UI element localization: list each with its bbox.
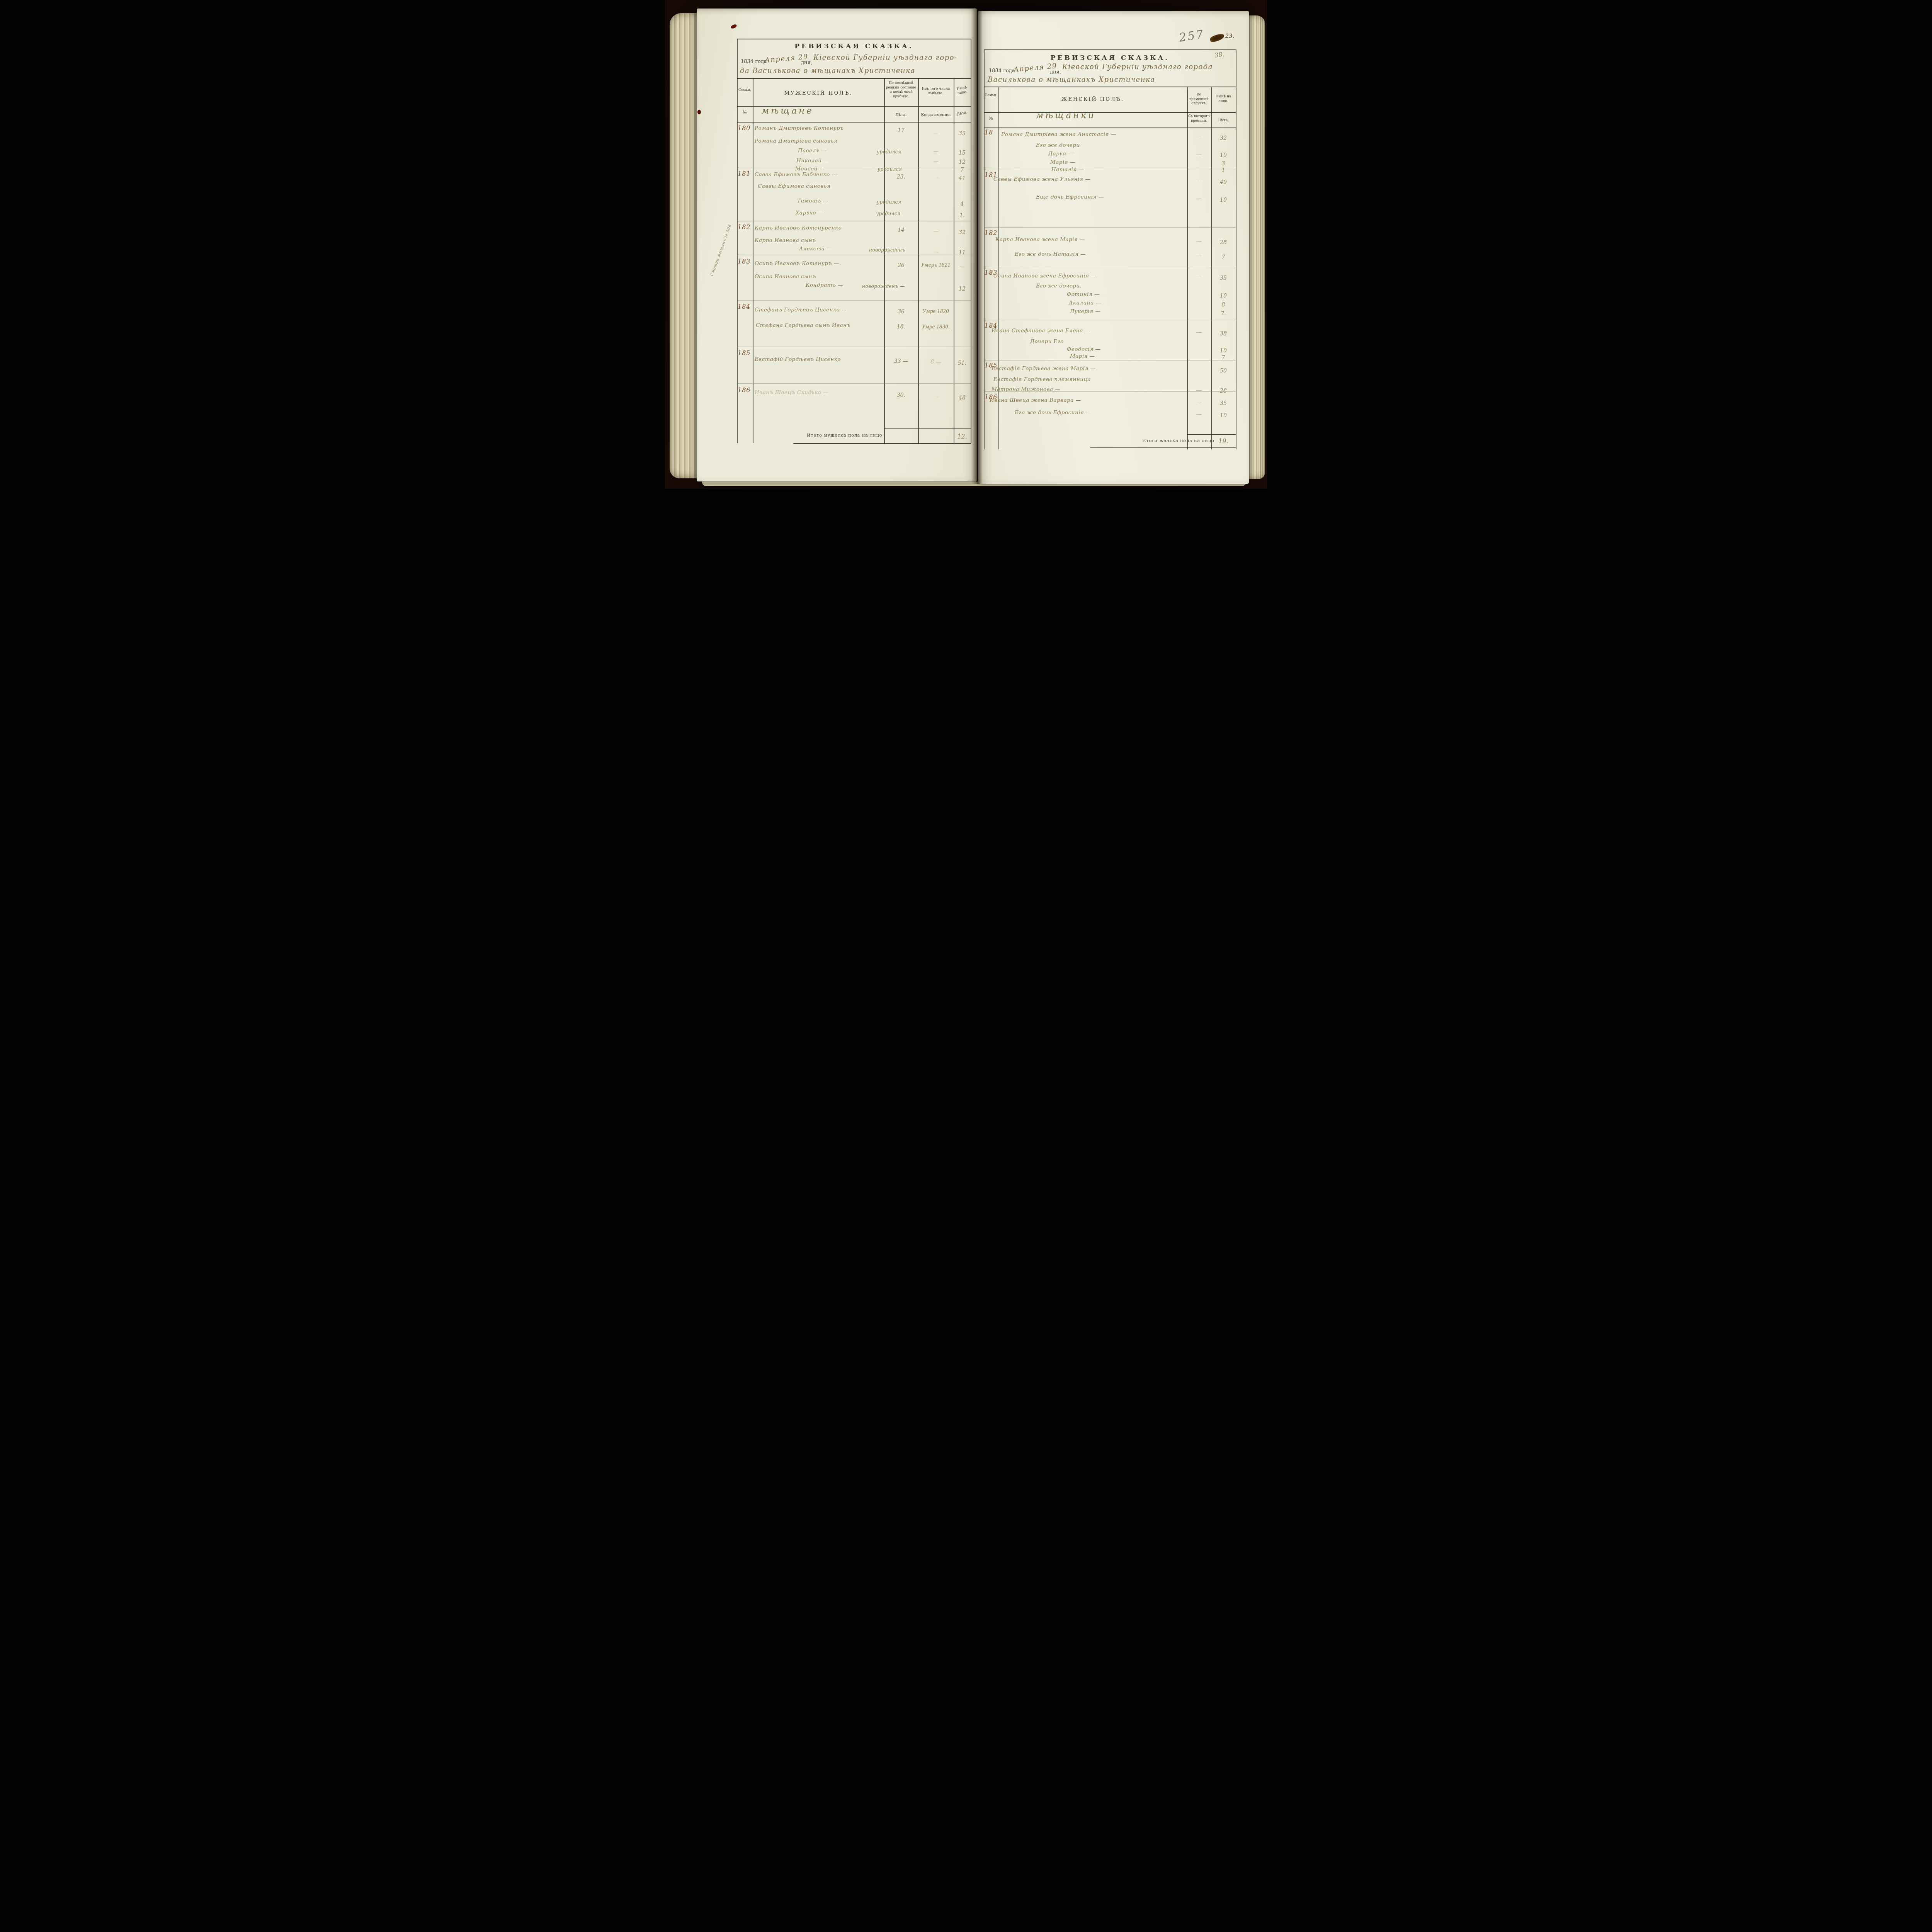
entry-age-now: 51. [954,360,971,366]
entry-child-name: Харько — [796,210,823,216]
entry-child-note: новорожденъ — [862,284,905,289]
entry-name: Стефанъ Гордѣевъ Цисенко — [755,307,847,313]
footer-total-label: Итого женска пола на лицо [1142,438,1214,443]
row-separator [737,300,971,301]
footer-total-value: 12. [954,433,971,440]
date-place-handwritten: Кіевской Губерніи уѣзднаго горо- [813,54,957,62]
entry-child-name: Его же дочь Ефросинія — [1015,410,1091,416]
date-place-handwritten-2: да Василькова о мѣщанахъ Христиченка [740,67,915,75]
table-line [984,87,1236,87]
footer-line [1090,447,1236,448]
entry-age-now: 15 [954,150,971,156]
entry-age-revision: 23. [884,174,918,180]
entry-child-name: Николай — [796,158,829,164]
entry-departed: Умре 1820 [918,309,954,314]
row-separator [984,268,1236,268]
col-header-now-present: Нынѣ лицо. [953,85,971,96]
entry-departed: Умеръ 1821 [918,262,954,268]
date-place-handwritten-2: Василькова о мѣщанкахъ Христиченка [988,76,1155,84]
entry-age-now: 7 [1211,254,1236,260]
entry-name: Карпъ Ивановъ Котенуренко [755,225,842,231]
entry-age-now: 28 [1211,388,1236,394]
entry-age-now: 35 [1211,400,1236,406]
entry-subline: Осипа Иванова сынъ [755,274,816,280]
entry-child-name: Тимошъ — [797,198,828,204]
col-dash: — [918,249,954,255]
entry-age-revision: 14 [884,227,918,233]
entry-child-name: Акилина — [1069,300,1101,306]
footer-total-label: Итого мужеска пола на лицо [807,433,882,438]
row-separator [737,383,971,384]
entry-age-now: 28 [1211,240,1236,246]
footer-line [793,443,971,444]
entry-child-name: Алексѣй — [799,246,832,252]
row-number: 180 [738,124,751,132]
row-number: 182 [738,223,751,231]
row-number: 181 [738,170,751,177]
entry-subline: Романа Дмитріева сыновья [755,138,837,144]
entry-name: Иванъ Швецъ Скидько — [755,389,828,396]
row-number: 18 [985,129,993,136]
entry-child-name: Кондратъ — [806,282,843,288]
entry-child-note: уродился [877,149,901,155]
entry-child-note: уродился [878,167,902,172]
col-dash: — [918,130,954,136]
table-line [737,78,971,79]
table-line [737,122,971,123]
entry-child-name: Еще дочь Ефросинія — [1036,194,1104,200]
entry-age-revision: 36 [884,309,918,315]
subheader-since-when: Съ котораго времени. [1187,114,1211,123]
date-day: дня, [1050,69,1061,75]
entry-name: Осипъ Ивановъ Котенуръ — [755,260,839,267]
entry-age-now: 11 [954,250,971,256]
col-header-family: Семьи. [984,94,998,97]
page-title: РЕВИЗСКАЯ СКАЗКА. [984,54,1236,62]
entry-age-now: 7 [954,167,971,173]
col-dash: — [1187,151,1211,158]
entry-age-now: 7 [1211,355,1236,361]
entry-name: Романа Дмитріева жена Анастасія — [1001,131,1116,138]
left-page-edges [670,13,697,478]
entry-child-name: Наталія — [1051,167,1084,173]
entry-age-now: 1. [954,213,971,219]
row-number: 183 [738,258,751,265]
entry-subline: Карпа Иванова сынъ [755,237,816,243]
entry-age-revision: 30. [884,392,918,398]
page-title: РЕВИЗСКАЯ СКАЗКА. [737,43,971,50]
subheader-number: № [737,110,753,115]
entry-child-name: Лукерія — [1070,308,1100,315]
entry-age-now: 10 [1211,197,1236,203]
col-dash: — [1187,329,1211,335]
subheader-years-2: Лѣта. [953,109,971,117]
row-separator [984,227,1236,228]
entry-subline: Его же дочери [1036,142,1080,148]
col-dash: — [1187,238,1211,244]
entry-child-name: Феодосія — [1067,346,1101,352]
row-separator [984,320,1236,320]
subheader-category-handwritten: мѣщанки [1036,111,1096,121]
row-number: 182 [985,229,998,236]
footer-line [884,428,971,429]
entry-name: Саввы Ефимова жена Ульянія — [993,176,1090,182]
entry-child-name: Фотинія — [1067,291,1100,298]
subheader-category-handwritten: мѣщане [762,106,814,116]
entry-subline: Дочери Его [1030,338,1064,345]
col-dash: — [1187,387,1211,393]
entry-subline: Его же дочери. [1036,283,1082,289]
entry-age-revision: 33 — [884,358,918,364]
entry-age-now: 10 [1211,152,1236,158]
entry-age-revision: 17 [884,128,918,134]
subheader-years: Лѣта. [884,113,918,117]
entry-child-name: Марія — [1070,353,1095,359]
row-separator [737,221,971,221]
entry-child-note: уродился [876,211,901,216]
col-dash: — [1187,134,1211,140]
table-line [984,49,985,449]
table-line [737,39,738,443]
book-scan: РЕВИЗСКАЯ СКАЗКА. 1834 года Апреля 29 дн… [665,0,1267,489]
entry-name: Савва Ефимовъ Бабченко — [755,172,837,178]
entry-departed: 8 — [918,359,954,365]
col-header-male-sex: МУЖЕСКІЙ ПОЛЪ. [753,90,884,96]
date-year: 1834 года [741,59,767,65]
col-dash: — [918,394,954,400]
date-place-handwritten: Кіевской Губерніи уѣзднаго города [1062,63,1213,71]
row-number: 185 [738,349,751,357]
col-header-now-present: Нынѣ на лицо. [1211,94,1236,104]
ink-blot [1209,33,1225,43]
entry-name: Евстафія Гордѣева жена Марія — [992,366,1096,372]
table-line [753,78,753,443]
entry-name: Романъ Дмитріевъ Котенуръ [755,125,844,131]
entry-age-now: 4 [954,201,971,207]
left-page: РЕВИЗСКАЯ СКАЗКА. 1834 года Апреля 29 дн… [697,9,977,481]
entry-age-now: 10 [1211,413,1236,419]
col-dash: — [1187,253,1211,259]
entry-age-revision: 26 [884,262,918,269]
col-dash: — [918,228,954,234]
entry-child-name: Стефана Гордѣева сынъ Иванъ [756,322,850,328]
entry-age-now: 35 [954,131,971,137]
col-header-departed: Изъ того числа выбыло. [918,87,954,96]
entry-age-now: 7. [1211,311,1236,317]
entry-child-name: Павелъ — [798,148,827,154]
right-page: 257 23. 38. РЕВИЗСКАЯ СКАЗКА. 1834 года … [978,11,1249,484]
entry-child-name: Матрона Мижонова — [992,386,1060,393]
entry-age-now: 40 [1211,179,1236,185]
entry-child-note: новорожденъ [869,247,905,253]
date-day: дня, [801,60,812,66]
entry-age-now: 10 [1211,348,1236,354]
entry-child-name: Дарья — [1048,151,1073,157]
entry-name: Евстафій Гордѣевъ Цисенко [755,356,841,362]
entry-age-now: 1 [1211,167,1236,173]
table-line [984,128,1236,128]
footer-total-value: 19. [1211,437,1236,445]
entry-subline: Саввы Ефимова сыновья [758,183,830,189]
entry-name: Карпа Иванова жена Марія — [995,236,1085,243]
entry-age-now: 50 [1211,368,1236,374]
book-gutter-shadow [971,9,983,484]
entry-child-name: Марія — [1050,159,1075,165]
entry-age-now: 12 [954,286,971,292]
entry-age-now: 12 [954,159,971,165]
row-separator [984,169,1236,169]
entry-age-revision: 18. [884,324,918,330]
entry-age-now: 3 [1211,161,1236,167]
row-separator [984,361,1236,361]
entry-age-now: — [954,264,971,270]
right-page-edges [1248,15,1265,479]
entry-child-name: Его же дочь Наталія — [1015,251,1086,257]
entry-age-now: 32 [1211,135,1236,141]
entry-age-now: 10 [1211,293,1236,299]
table-line [1236,49,1236,449]
col-dash: — [918,158,954,165]
ink-speck [697,110,701,114]
col-dash: — [1187,274,1211,280]
subheader-number: № [984,116,998,121]
row-number: 184 [738,303,751,310]
entry-age-now: 8 [1211,302,1236,308]
entry-age-now: 38 [1211,331,1236,337]
col-header-family: Семьи. [737,88,753,92]
entry-departed: Умре 1830. [918,324,954,330]
margin-note: Смотри мѣщанъ № 506 [710,224,733,277]
col-dash: — [1187,178,1211,184]
table-line [984,49,1236,50]
table-line [737,39,971,39]
row-number: 186 [738,386,751,394]
col-dash: — [918,175,954,181]
col-dash: — [1187,411,1211,417]
subheader-years: Лѣта. [1211,118,1236,122]
ink-speck [730,24,737,29]
pencil-folio-number: 257 [1178,27,1206,45]
entry-child-name: Моисей — [795,166,825,172]
row-separator [737,347,971,347]
col-header-temporary-absence: Во временной отлучкѣ. [1187,93,1211,106]
entry-name: Ивана Швеца жена Варвара — [990,397,1081,403]
entry-child-note: уродился [877,199,901,205]
entry-name: Осипа Иванова жена Ефросинія — [993,273,1096,279]
entry-age-now: 35 [1211,275,1236,281]
entry-subline: Евстафія Гордѣева племянница [993,376,1091,383]
col-dash: — [918,148,954,155]
entry-age-now: 41 [954,175,971,182]
table-line [984,112,1236,113]
col-header-female-sex: ЖЕНСКІЙ ПОЛЪ. [998,97,1187,102]
entry-age-now: 48 [954,395,971,401]
ink-blot-number: 23. [1225,33,1235,39]
col-header-last-revision: По послѣдней ревизіи состояло и послѣ он… [884,81,918,99]
col-dash: — [1187,196,1211,202]
col-dash: — [1187,399,1211,405]
subheader-when-exactly: Когда именно. [918,113,954,117]
entry-age-now: 32 [954,230,971,236]
date-year: 1834 года [989,68,1015,74]
row-separator [737,168,971,168]
entry-name: Ивана Стефанова жена Елена — [992,328,1090,334]
